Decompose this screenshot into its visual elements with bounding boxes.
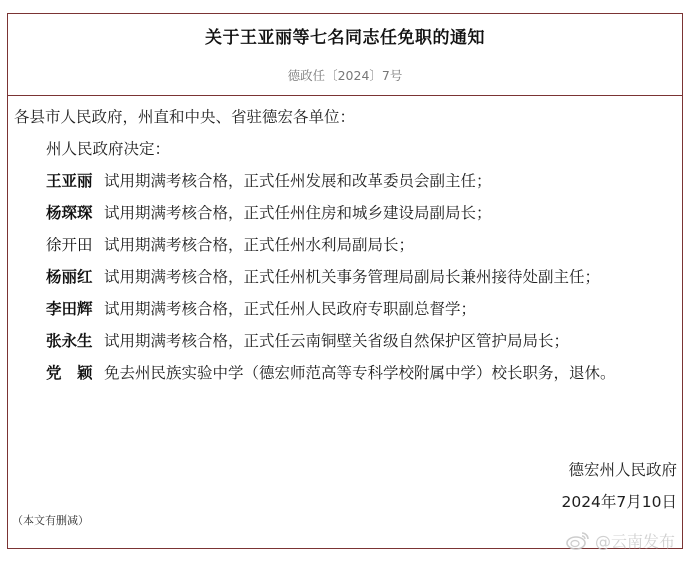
watermark-text: @云南发布 — [595, 529, 675, 552]
appointment-text: 试用期满考核合格，正式任云南铜壁关省级自然保护区管护局局长； — [104, 332, 569, 350]
person-name: 张永生 — [46, 331, 104, 351]
appointment-text: 试用期满考核合格，正式任州机关事务管理局副局长兼州接待处副主任； — [104, 268, 600, 286]
appointment-row: 杨琛琛试用期满考核合格，正式任州住房和城乡建设局副局长； — [46, 203, 492, 223]
appointment-row: 李田辉试用期满考核合格，正式任州人民政府专职副总督学； — [46, 299, 476, 319]
person-name: 李田辉 — [46, 299, 104, 319]
person-name: 党 颖 — [46, 363, 104, 383]
decision-intro: 州人民政府决定： — [46, 139, 170, 159]
appointment-row: 党 颖免去州民族实验中学（德宏师范高等专科学校附属中学）校长职务，退休。 — [46, 363, 616, 383]
appointment-row: 杨丽红试用期满考核合格，正式任州机关事务管理局副局长兼州接待处副主任； — [46, 267, 600, 287]
watermark: @云南发布 — [565, 528, 675, 552]
appointment-row: 张永生试用期满考核合格，正式任云南铜壁关省级自然保护区管护局局长； — [46, 331, 569, 351]
notice-header: 关于王亚丽等七名同志任免职的通知 德政任〔2024〕7号 — [8, 14, 682, 96]
appointment-text: 试用期满考核合格，正式任州发展和改革委员会副主任； — [104, 172, 492, 190]
appointment-text: 试用期满考核合格，正式任州人民政府专职副总督学； — [104, 300, 476, 318]
person-name: 杨琛琛 — [46, 203, 104, 223]
issue-date: 2024年7月10日 — [561, 490, 677, 512]
appointment-row: 王亚丽试用期满考核合格，正式任州发展和改革委员会副主任； — [46, 171, 492, 191]
notice-title: 关于王亚丽等七名同志任免职的通知 — [8, 23, 682, 48]
appointment-text: 免去州民族实验中学（德宏师范高等专科学校附属中学）校长职务，退休。 — [104, 364, 616, 382]
appointment-text: 试用期满考核合格，正式任州水利局副局长； — [104, 236, 414, 254]
person-name: 王亚丽 — [46, 171, 104, 191]
document-number: 德政任〔2024〕7号 — [8, 66, 682, 84]
salutation: 各县市人民政府，州直和中央、省驻德宏各单位： — [14, 107, 355, 127]
weibo-icon — [565, 530, 591, 550]
abridged-note: （本文有删减） — [12, 512, 89, 528]
appointment-row: 徐开田试用期满考核合格，正式任州水利局副局长； — [46, 235, 414, 255]
appointment-text: 试用期满考核合格，正式任州住房和城乡建设局副局长； — [104, 204, 492, 222]
issuer-name: 德宏州人民政府 — [568, 458, 677, 480]
person-name: 徐开田 — [46, 235, 104, 255]
person-name: 杨丽红 — [46, 267, 104, 287]
